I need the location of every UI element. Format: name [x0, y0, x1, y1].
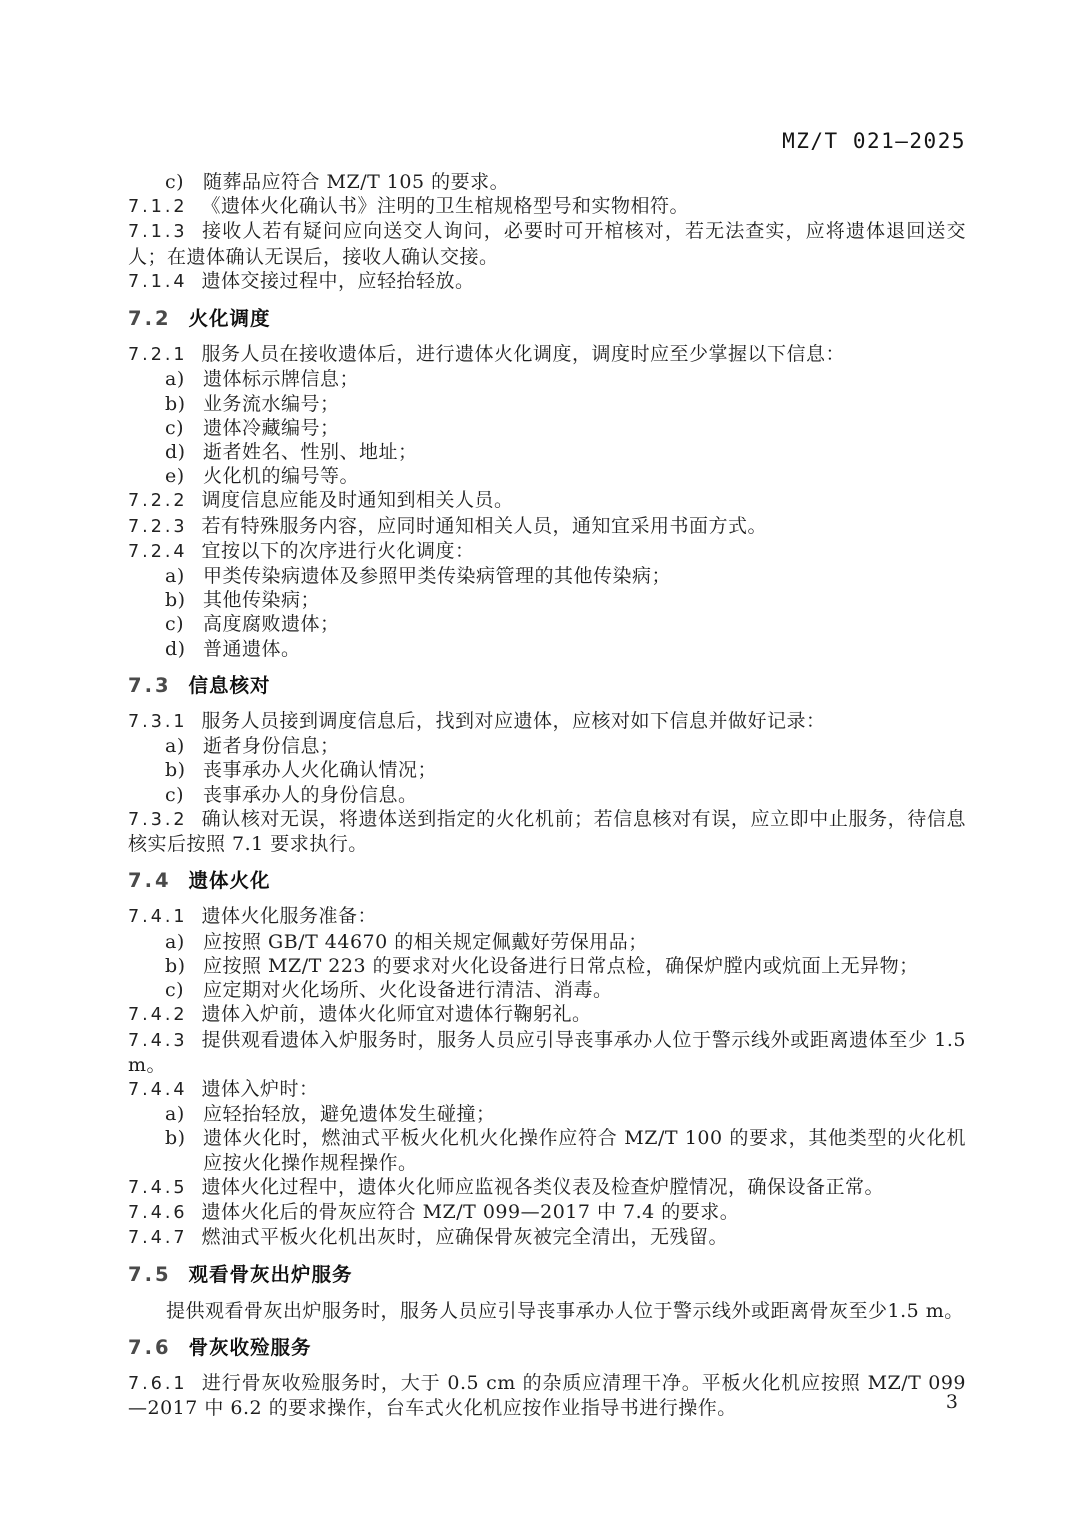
- clause-text: 遗体火化过程中，遗体火化师应监视各类仪表及检查炉膛情况，确保设备正常。: [202, 1176, 885, 1198]
- clause-number: 7.2.3: [128, 517, 188, 537]
- clause-number: 7.1.4: [128, 272, 188, 292]
- list-item: b)遗体火化时，燃油式平板火化机火化操作应符合 MZ/T 100 的要求，其他类…: [128, 1126, 966, 1174]
- clause-number: 7.2.1: [128, 345, 188, 365]
- item-text: 应定期对火化场所、火化设备进行清洁、消毒。: [203, 978, 966, 1002]
- item-text: 应轻抬轻放，避免遗体发生碰撞；: [203, 1102, 966, 1126]
- clause: 7.3.2确认核对无误，将遗体送到指定的火化机前；若信息核对有误，应立即中止服务…: [128, 807, 966, 856]
- clause: 7.3.1服务人员接到调度信息后，找到对应遗体，应核对如下信息并做好记录：: [128, 709, 966, 734]
- item-text: 丧事承办人火化确认情况；: [203, 758, 966, 782]
- clause-number: 7.4.7: [128, 1228, 188, 1248]
- list-item: a)逝者身份信息；: [128, 734, 966, 758]
- list-item: d)逝者姓名、性别、地址；: [128, 440, 966, 464]
- item-marker: b): [165, 392, 203, 416]
- item-marker: b): [165, 1126, 203, 1174]
- list-item: c)随葬品应符合 MZ/T 105 的要求。: [128, 170, 966, 194]
- item-marker: b): [165, 758, 203, 782]
- item-marker: a): [165, 1102, 203, 1126]
- item-text: 遗体火化时，燃油式平板火化机火化操作应符合 MZ/T 100 的要求，其他类型的…: [203, 1126, 966, 1174]
- item-text: 丧事承办人的身份信息。: [203, 783, 966, 807]
- item-text: 逝者姓名、性别、地址；: [203, 440, 966, 464]
- item-marker: b): [165, 588, 203, 612]
- clause-text: 调度信息应能及时通知到相关人员。: [202, 489, 514, 511]
- clause-number: 7.3.1: [128, 712, 188, 732]
- item-marker: a): [165, 930, 203, 954]
- item-marker: d): [165, 637, 203, 661]
- clause-text: 遗体火化服务准备：: [202, 905, 378, 927]
- section-title: 遗体火化: [189, 869, 271, 893]
- clause: 7.4.7燃油式平板火化机出灰时，应确保骨灰被完全清出，无残留。: [128, 1225, 966, 1250]
- item-marker: c): [165, 612, 203, 636]
- clause-text: 提供观看遗体入炉服务时，服务人员应引导丧事承办人位于警示线外或距离遗体至少 1.…: [128, 1029, 966, 1076]
- item-marker: b): [165, 954, 203, 978]
- item-marker: c): [165, 170, 203, 194]
- item-marker: e): [165, 464, 203, 488]
- list-item: c)丧事承办人的身份信息。: [128, 783, 966, 807]
- clause-text: 服务人员接到调度信息后，找到对应遗体，应核对如下信息并做好记录：: [202, 710, 826, 732]
- section-title: 观看骨灰出炉服务: [189, 1263, 353, 1287]
- list-item: b)业务流水编号；: [128, 392, 966, 416]
- clause: 7.2.1服务人员在接收遗体后，进行遗体火化调度，调度时应至少掌握以下信息：: [128, 342, 966, 367]
- clause-text: 进行骨灰收殓服务时，大于 0.5 cm 的杂质应清理干净。平板火化机应按照 MZ…: [128, 1372, 966, 1419]
- section-number: 7.5: [128, 1263, 172, 1287]
- clause-number: 7.4.4: [128, 1080, 188, 1100]
- clause-number: 7.2.2: [128, 491, 188, 511]
- clause-text: 服务人员在接收遗体后，进行遗体火化调度，调度时应至少掌握以下信息：: [202, 343, 846, 365]
- section-number: 7.4: [128, 869, 172, 893]
- section-title: 骨灰收殓服务: [189, 1336, 312, 1360]
- list-item: b)丧事承办人火化确认情况；: [128, 758, 966, 782]
- item-marker: c): [165, 416, 203, 440]
- clause-number: 7.2.4: [128, 542, 188, 562]
- item-marker: a): [165, 367, 203, 391]
- clause: 7.2.4宜按以下的次序进行火化调度：: [128, 539, 966, 564]
- section-number: 7.6: [128, 1336, 172, 1360]
- section-heading: 7.3信息核对: [128, 674, 966, 698]
- clause-text: 确认核对无误，将遗体送到指定的火化机前；若信息核对有误，应立即中止服务，待信息核…: [128, 808, 966, 855]
- list-item: c)高度腐败遗体；: [128, 612, 966, 636]
- clause-number: 7.4.6: [128, 1203, 188, 1223]
- clause: 7.4.2遗体入炉前，遗体火化师宜对遗体行鞠躬礼。: [128, 1002, 966, 1027]
- item-text: 甲类传染病遗体及参照甲类传染病管理的其他传染病；: [203, 564, 966, 588]
- clause: 7.4.3提供观看遗体入炉服务时，服务人员应引导丧事承办人位于警示线外或距离遗体…: [128, 1028, 966, 1077]
- item-text: 应按照 MZ/T 223 的要求对火化设备进行日常点检，确保炉膛内或炕面上无异物…: [203, 954, 966, 978]
- document-page: MZ/T 021—2025 c)随葬品应符合 MZ/T 105 的要求。7.1.…: [0, 0, 1074, 1520]
- section-heading: 7.6骨灰收殓服务: [128, 1336, 966, 1360]
- clause-number: 7.3.2: [128, 810, 188, 830]
- list-item: d)普通遗体。: [128, 637, 966, 661]
- clause-text: 遗体交接过程中，应轻抬轻放。: [202, 270, 475, 292]
- list-item: c)遗体冷藏编号；: [128, 416, 966, 440]
- clause-number: 7.1.3: [128, 222, 188, 242]
- item-marker: c): [165, 978, 203, 1002]
- item-text: 应按照 GB/T 44670 的相关规定佩戴好劳保用品；: [203, 930, 966, 954]
- clause: 7.4.1遗体火化服务准备：: [128, 904, 966, 929]
- clause-text: 若有特殊服务内容，应同时通知相关人员，通知宜采用书面方式。: [202, 515, 768, 537]
- item-text: 随葬品应符合 MZ/T 105 的要求。: [203, 170, 966, 194]
- clause-text: 燃油式平板火化机出灰时，应确保骨灰被完全清出，无残留。: [202, 1226, 729, 1248]
- clause: 7.1.2《遗体火化确认书》注明的卫生棺规格型号和实物相符。: [128, 194, 966, 219]
- list-item: b)其他传染病；: [128, 588, 966, 612]
- section-number: 7.2: [128, 307, 172, 331]
- list-item: a)遗体标示牌信息；: [128, 367, 966, 391]
- item-text: 逝者身份信息；: [203, 734, 966, 758]
- page-number: 3: [946, 1391, 958, 1413]
- item-text: 火化机的编号等。: [203, 464, 966, 488]
- standard-code-header: MZ/T 021—2025: [782, 129, 966, 153]
- item-text: 其他传染病；: [203, 588, 966, 612]
- clause-number: 7.4.1: [128, 907, 188, 927]
- section-heading: 7.4遗体火化: [128, 869, 966, 893]
- clause-text: 《遗体火化确认书》注明的卫生棺规格型号和实物相符。: [202, 195, 690, 217]
- clause: 7.2.2调度信息应能及时通知到相关人员。: [128, 488, 966, 513]
- clause-text: 遗体火化后的骨灰应符合 MZ/T 099—2017 中 7.4 的要求。: [202, 1201, 740, 1223]
- list-item: a)甲类传染病遗体及参照甲类传染病管理的其他传染病；: [128, 564, 966, 588]
- section-heading: 7.2火化调度: [128, 307, 966, 331]
- section-title: 火化调度: [189, 307, 271, 331]
- list-item: a)应轻抬轻放，避免遗体发生碰撞；: [128, 1102, 966, 1126]
- clause-text: 宜按以下的次序进行火化调度：: [202, 540, 475, 562]
- clause: 7.4.5遗体火化过程中，遗体火化师应监视各类仪表及检查炉膛情况，确保设备正常。: [128, 1175, 966, 1200]
- clause-number: 7.4.5: [128, 1178, 188, 1198]
- item-marker: c): [165, 783, 203, 807]
- list-item: c)应定期对火化场所、火化设备进行清洁、消毒。: [128, 978, 966, 1002]
- clause: 7.6.1进行骨灰收殓服务时，大于 0.5 cm 的杂质应清理干净。平板火化机应…: [128, 1371, 966, 1420]
- item-text: 遗体冷藏编号；: [203, 416, 966, 440]
- clause-text: 接收人若有疑问应向送交人询问，必要时可开棺核对，若无法查实，应将遗体退回送交人；…: [128, 220, 966, 267]
- item-text: 业务流水编号；: [203, 392, 966, 416]
- clause: 7.1.4遗体交接过程中，应轻抬轻放。: [128, 269, 966, 294]
- clause-number: 7.4.2: [128, 1005, 188, 1025]
- item-text: 普通遗体。: [203, 637, 966, 661]
- clause-text: 遗体入炉时：: [202, 1078, 319, 1100]
- clause-number: 7.4.3: [128, 1031, 188, 1051]
- clause: 7.4.6遗体火化后的骨灰应符合 MZ/T 099—2017 中 7.4 的要求…: [128, 1200, 966, 1225]
- item-marker: d): [165, 440, 203, 464]
- clause: 7.1.3接收人若有疑问应向送交人询问，必要时可开棺核对，若无法查实，应将遗体退…: [128, 219, 966, 268]
- item-text: 遗体标示牌信息；: [203, 367, 966, 391]
- clause-number: 7.6.1: [128, 1374, 188, 1394]
- section-heading: 7.5观看骨灰出炉服务: [128, 1263, 966, 1287]
- clause: 7.4.4遗体入炉时：: [128, 1077, 966, 1102]
- clause-number: 7.1.2: [128, 197, 188, 217]
- indented-paragraph: 提供观看骨灰出炉服务时，服务人员应引导丧事承办人位于警示线外或距离骨灰至少1.5…: [128, 1299, 966, 1323]
- section-title: 信息核对: [189, 674, 271, 698]
- list-item: a)应按照 GB/T 44670 的相关规定佩戴好劳保用品；: [128, 930, 966, 954]
- list-item: b)应按照 MZ/T 223 的要求对火化设备进行日常点检，确保炉膛内或炕面上无…: [128, 954, 966, 978]
- section-number: 7.3: [128, 674, 172, 698]
- item-text: 高度腐败遗体；: [203, 612, 966, 636]
- list-item: e)火化机的编号等。: [128, 464, 966, 488]
- clause: 7.2.3若有特殊服务内容，应同时通知相关人员，通知宜采用书面方式。: [128, 514, 966, 539]
- document-body: c)随葬品应符合 MZ/T 105 的要求。7.1.2《遗体火化确认书》注明的卫…: [128, 170, 966, 1420]
- clause-text: 遗体入炉前，遗体火化师宜对遗体行鞠躬礼。: [202, 1003, 592, 1025]
- item-marker: a): [165, 734, 203, 758]
- item-marker: a): [165, 564, 203, 588]
